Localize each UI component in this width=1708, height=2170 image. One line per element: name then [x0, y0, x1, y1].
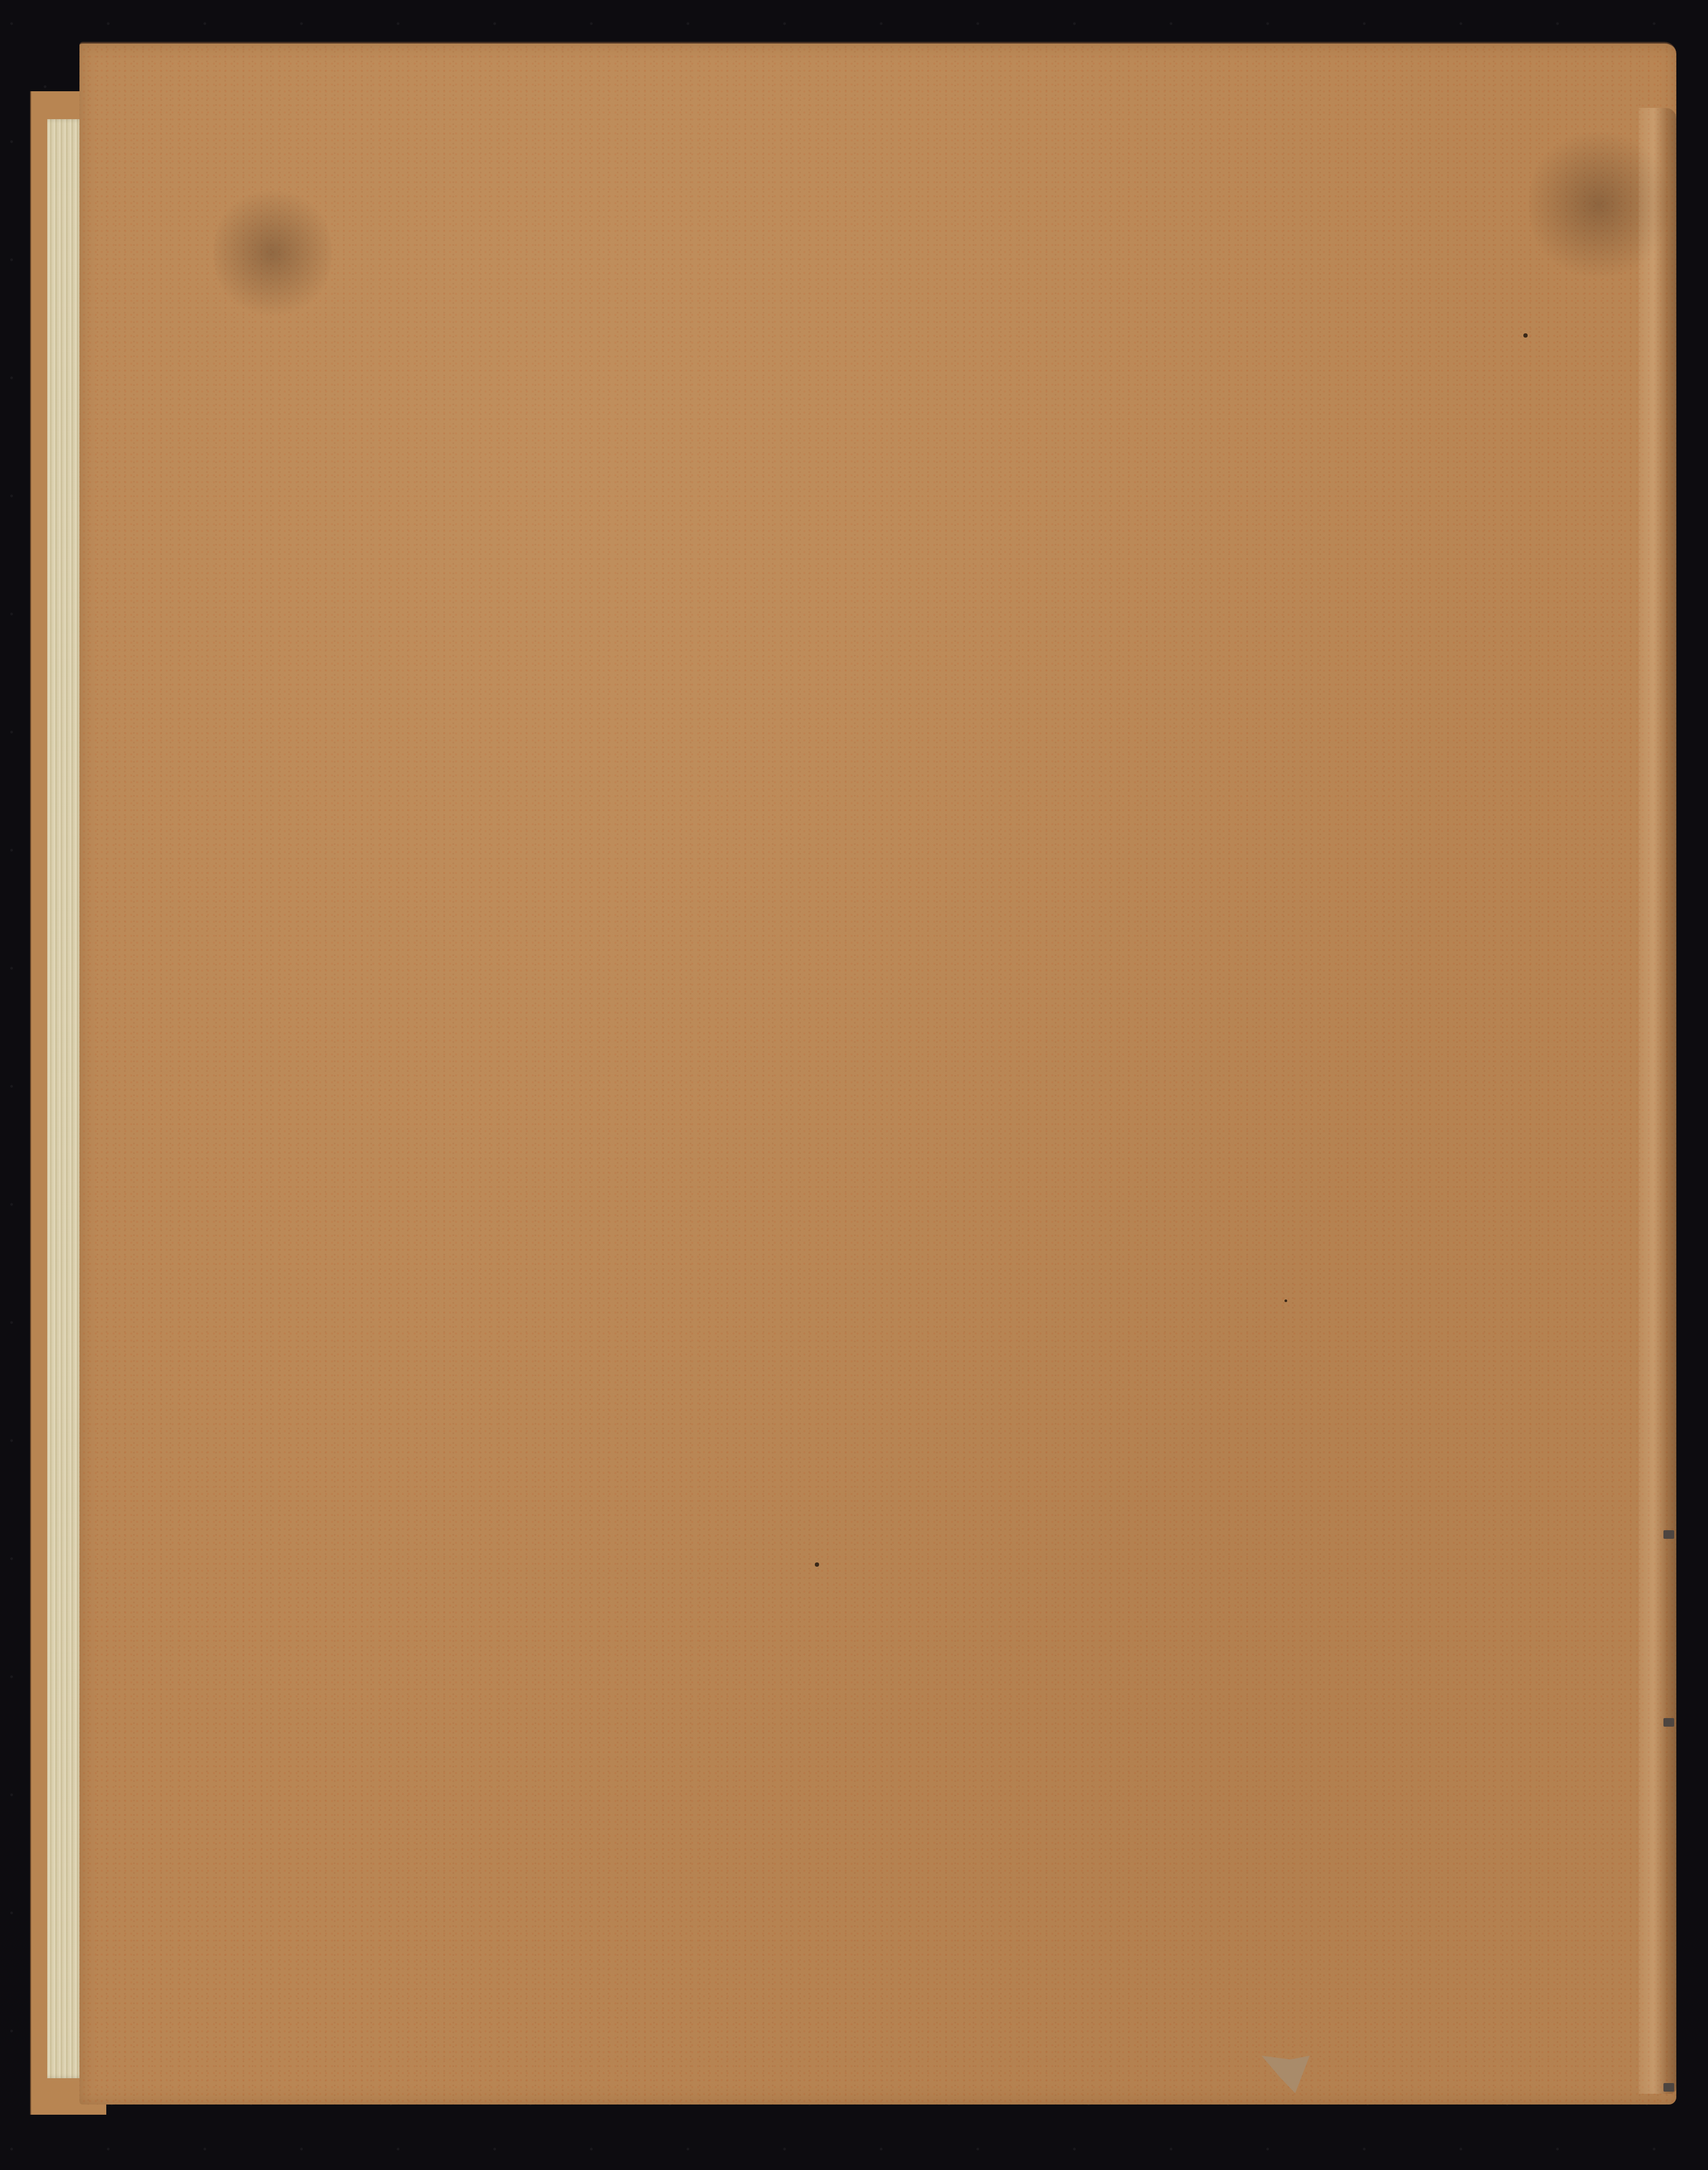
stain-spot — [1523, 333, 1528, 338]
spine-wear-mark — [1663, 2083, 1674, 2092]
smudge-mark — [214, 183, 332, 323]
book-back-cover — [79, 42, 1676, 2105]
stain-spot — [1284, 1299, 1287, 1302]
photo-background — [0, 0, 1708, 2170]
spine-wear-mark — [1663, 1530, 1674, 1539]
stain-spot — [815, 1562, 819, 1567]
spine-wear-mark — [1663, 1718, 1674, 1727]
spine-hinge — [1639, 108, 1676, 2094]
